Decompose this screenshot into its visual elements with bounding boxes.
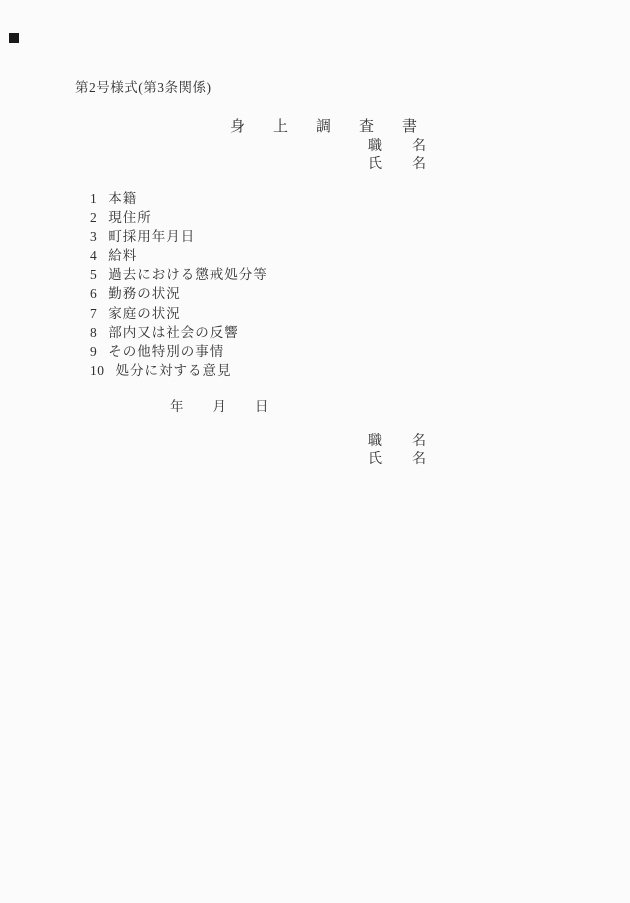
item-number: 9 [90,342,97,361]
item-label: 現住所 [108,210,152,225]
item-list: 1本籍 2現住所 3町採用年月日 4給料 5過去における懲戒処分等 6勤務の状況… [90,189,268,380]
item-label: 部内又は社会の反響 [108,325,239,340]
item-number: 7 [90,304,97,323]
item-number: 8 [90,323,97,342]
list-item: 5過去における懲戒処分等 [90,265,268,284]
footer-name-label: 氏名 [368,451,448,469]
item-label: 家庭の状況 [108,306,181,321]
document-page: 第2号様式(第3条関係) 身上調査書 職名 氏名 1本籍 2現住所 3町採用年月… [0,0,630,903]
form-number: 第2号様式(第3条関係) [75,76,212,96]
list-item: 6勤務の状況 [90,284,268,303]
item-label: 本籍 [108,191,137,206]
item-number: 1 [90,189,97,208]
header-signature-block: 職名 氏名 [368,138,448,174]
item-label: 町採用年月日 [108,229,195,244]
footer-position-label: 職名 [368,433,448,451]
item-number: 5 [90,265,97,284]
item-label: 過去における懲戒処分等 [108,267,268,282]
list-item: 9その他特別の事情 [90,342,268,361]
scan-artifact-mark [9,33,19,43]
item-label: その他特別の事情 [108,344,224,359]
header-name-label: 氏名 [368,156,448,174]
item-number: 2 [90,208,97,227]
list-item: 10処分に対する意見 [90,361,268,380]
item-number: 10 [90,361,105,380]
footer-signature-block: 職名 氏名 [368,433,448,469]
item-label: 給料 [108,248,137,263]
list-item: 1本籍 [90,189,268,208]
page-title: 身上調査書 [230,115,445,136]
list-item: 3町採用年月日 [90,227,268,246]
item-label: 処分に対する意見 [116,363,232,378]
item-label: 勤務の状況 [108,286,181,301]
header-position-label: 職名 [368,138,448,156]
item-number: 6 [90,284,97,303]
item-number: 3 [90,227,97,246]
date-line: 年月日 [170,395,298,415]
list-item: 8部内又は社会の反響 [90,323,268,342]
item-number: 4 [90,246,97,265]
list-item: 7家庭の状況 [90,304,268,323]
list-item: 4給料 [90,246,268,265]
list-item: 2現住所 [90,208,268,227]
